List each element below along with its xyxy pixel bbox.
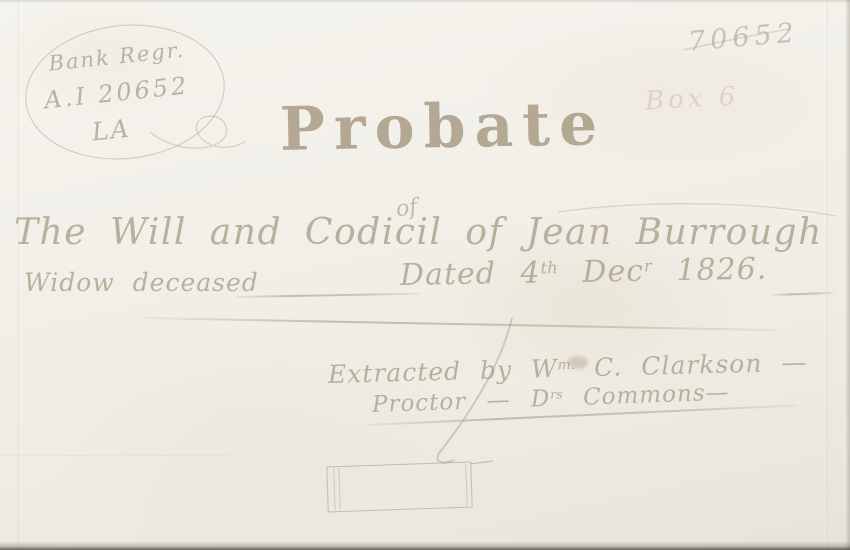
proctor-word: Proctor (372, 389, 467, 418)
commons-abbrev-suffix: rs (550, 386, 563, 401)
dated-period: . (756, 252, 767, 287)
proctor-tail-flourish: — (705, 380, 730, 407)
proctor-dash: — (486, 387, 511, 414)
dated-day: 4 (520, 256, 541, 291)
horizontal-rule-main (142, 317, 778, 331)
stamp-line-initials: LA (91, 114, 132, 147)
paper-crease-right (827, 0, 828, 550)
rect-corner-tick (470, 461, 493, 464)
extracted-by: by (480, 355, 513, 385)
scan-edge-top (0, 0, 850, 3)
paper-crease-left (18, 0, 19, 550)
dated-day-suffix: th (540, 258, 558, 277)
stamp-line-number: A.I 20652 (43, 71, 191, 114)
dated-word: Dated (400, 256, 497, 293)
flourish-dash-after-year (772, 292, 834, 296)
dated-line: Dated 4th Decr 1826. (400, 252, 768, 293)
stamp-line-bank-reg: Bank Regr. (47, 38, 186, 76)
rect-inner-line (465, 464, 467, 506)
status-line: Widow deceased (24, 268, 259, 297)
document-title: Probate (277, 89, 608, 165)
commons-abbrev: D (530, 386, 550, 413)
ink-smudge (568, 356, 588, 369)
paper-crease-bottom-left (0, 455, 230, 456)
dated-month-suffix: r (644, 257, 652, 276)
pencil-shelf-number: 70652 (687, 17, 800, 58)
probate-document-scan: Bank Regr. A.I 20652 LA 70652 Box 6 Prob… (0, 0, 850, 550)
registry-stamp-oval: Bank Regr. A.I 20652 LA (19, 15, 232, 169)
red-box-annotation: Box 6 (644, 82, 740, 117)
subject-line: The Will and Codicil of Jean Burrough (14, 212, 823, 253)
scan-edge-bottom (0, 541, 850, 550)
dated-year: 1826 (676, 252, 757, 288)
rect-inner-line (333, 468, 335, 510)
extracted-line: Extracted by Wm. C. Clarkson — (328, 347, 808, 389)
extracted-tail-dash: — (781, 347, 808, 377)
scan-edge-right (845, 0, 850, 550)
extracted-word: Extracted (328, 357, 462, 389)
flourish-dash-after-deceased (234, 293, 420, 298)
extractor-name: C. Clarkson (594, 349, 763, 382)
extractor-initial: W (531, 354, 558, 384)
rect-inner-line (338, 468, 340, 510)
commons-word: Commons (583, 380, 706, 410)
dated-month: Dec (582, 254, 644, 290)
pencil-rectangle (326, 461, 473, 512)
